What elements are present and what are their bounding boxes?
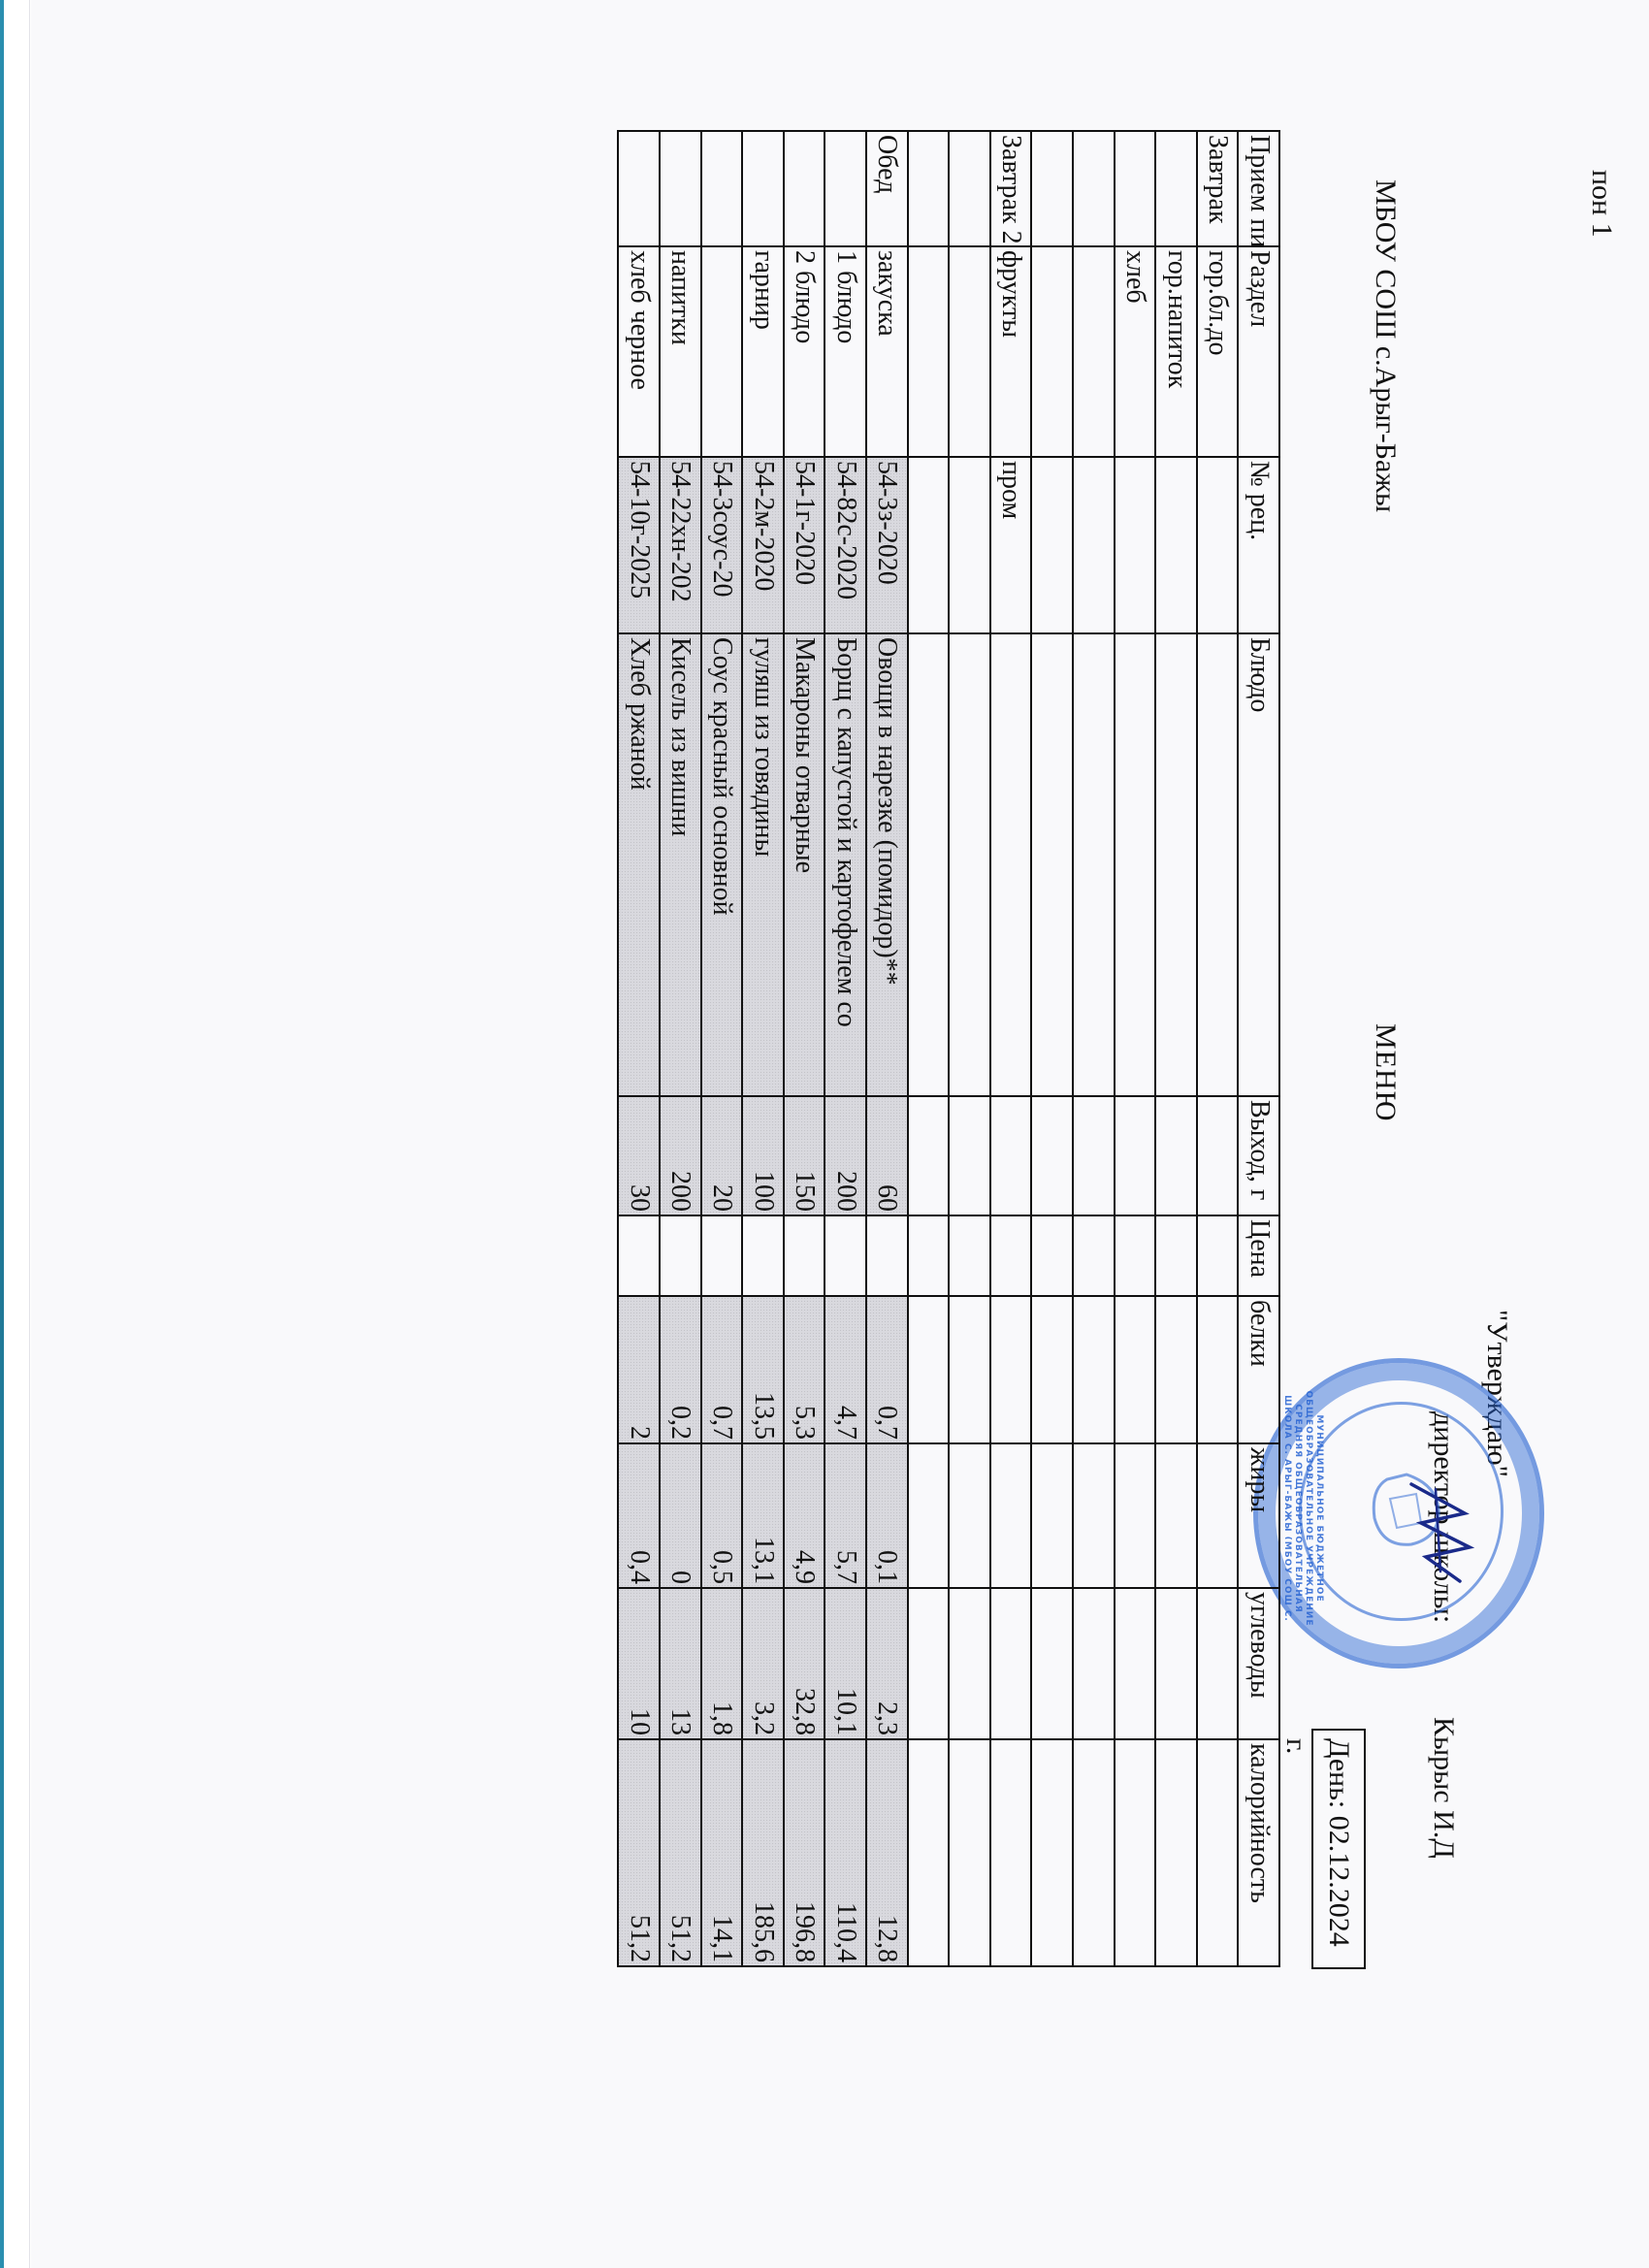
kcal-cell: [1155, 1739, 1197, 1966]
meal-cell: [908, 131, 950, 246]
meal-cell: [784, 131, 825, 246]
price-cell: [1031, 1215, 1073, 1296]
meal-cell: [660, 131, 701, 246]
header-kcal: калорийность: [1238, 1739, 1279, 1966]
meal-cell: [742, 131, 784, 246]
section-cell: [701, 246, 743, 457]
price-cell: [824, 1215, 866, 1296]
kcal-cell: 196,8: [784, 1739, 825, 1966]
header-carbs: углеводы: [1238, 1588, 1279, 1739]
header-meal: Прием пи: [1238, 131, 1279, 246]
section-cell: напитки: [660, 246, 701, 457]
kcal-cell: [1115, 1739, 1156, 1966]
carbs-cell: 3,2: [742, 1588, 784, 1739]
carbs-cell: [949, 1588, 990, 1739]
carbs-cell: [990, 1588, 1032, 1739]
meal-cell: Завтрак: [1197, 131, 1239, 246]
fat-cell: 4,9: [784, 1443, 825, 1588]
carbs-cell: 10,1: [824, 1588, 866, 1739]
dish-cell: Соус красный основной: [701, 633, 743, 1096]
price-cell: [866, 1215, 908, 1296]
dish-cell: Макароны отварные: [784, 633, 825, 1096]
recipe-cell: [1155, 457, 1197, 633]
section-cell: хлеб черное: [619, 246, 661, 457]
protein-cell: 0,2: [660, 1296, 701, 1443]
table-row: 2 блюдо54-1г-2020Макароны отварные1505,3…: [784, 131, 825, 1966]
carbs-cell: [1115, 1588, 1156, 1739]
recipe-cell: пром: [990, 457, 1032, 633]
meal-cell: [1031, 131, 1073, 246]
yield-cell: [949, 1096, 990, 1215]
protein-cell: [1031, 1296, 1073, 1443]
table-row: напитки54-22хн-202Кисель из вишни2000,20…: [660, 131, 701, 1966]
kcal-cell: [908, 1739, 950, 1966]
dish-cell: Борщ с капустой и картофелем со: [824, 633, 866, 1096]
recipe-cell: 54-3з-2020: [866, 457, 908, 633]
kcal-cell: 51,2: [660, 1739, 701, 1966]
date-box: День: 02.12.2024 г.: [1311, 1729, 1366, 1969]
carbs-cell: 1,8: [701, 1588, 743, 1739]
yield-cell: [1115, 1096, 1156, 1215]
recipe-cell: [1031, 457, 1073, 633]
rotated-document: пон 1 МБОУ СОШ с.Арыг-Бажы МЕНЮ "Утвержд…: [0, 0, 1649, 2268]
carbs-cell: [1155, 1588, 1197, 1739]
section-cell: [1031, 246, 1073, 457]
protein-cell: 0,7: [701, 1296, 743, 1443]
kcal-cell: 12,8: [866, 1739, 908, 1966]
section-cell: гор.бл.до: [1197, 246, 1239, 457]
kcal-cell: 14,1: [701, 1739, 743, 1966]
carbs-cell: [1197, 1588, 1239, 1739]
table-row: 1 блюдо54-82с-2020Борщ с капустой и карт…: [824, 131, 866, 1966]
header-protein: белки: [1238, 1296, 1279, 1443]
header-price: Цена: [1238, 1215, 1279, 1296]
table-row: хлеб: [1115, 131, 1156, 1966]
table-row: 54-3соус-20Соус красный основной200,70,5…: [701, 131, 743, 1966]
protein-cell: 0,7: [866, 1296, 908, 1443]
meal-cell: [701, 131, 743, 246]
kcal-cell: 110,4: [824, 1739, 866, 1966]
price-cell: [742, 1215, 784, 1296]
kcal-cell: [1031, 1739, 1073, 1966]
price-cell: [1155, 1215, 1197, 1296]
table-row: гарнир54-2м-2020гуляш из говядины10013,5…: [742, 131, 784, 1966]
price-cell: [1073, 1215, 1115, 1296]
table-row: [949, 131, 990, 1966]
recipe-cell: 54-3соус-20: [701, 457, 743, 633]
yield-cell: 150: [784, 1096, 825, 1215]
fat-cell: 5,7: [824, 1443, 866, 1588]
meal-cell: [1073, 131, 1115, 246]
protein-cell: [1073, 1296, 1115, 1443]
protein-cell: [990, 1296, 1032, 1443]
section-cell: гор.напиток: [1155, 246, 1197, 457]
yield-cell: 100: [742, 1096, 784, 1215]
yield-cell: [908, 1096, 950, 1215]
yield-cell: 200: [824, 1096, 866, 1215]
header-recipe: № рец.: [1238, 457, 1279, 633]
dish-cell: [1115, 633, 1156, 1096]
recipe-cell: [1073, 457, 1115, 633]
meal-cell: [619, 131, 661, 246]
yield-cell: [990, 1096, 1032, 1215]
yield-cell: [1031, 1096, 1073, 1215]
protein-cell: [1115, 1296, 1156, 1443]
carbs-cell: 13: [660, 1588, 701, 1739]
fat-cell: [1115, 1443, 1156, 1588]
recipe-cell: 54-22хн-202: [660, 457, 701, 633]
carbs-cell: [908, 1588, 950, 1739]
section-cell: хлеб: [1115, 246, 1156, 457]
kcal-cell: 185,6: [742, 1739, 784, 1966]
price-cell: [660, 1215, 701, 1296]
price-cell: [619, 1215, 661, 1296]
price-cell: [784, 1215, 825, 1296]
recipe-cell: 54-10г-2025: [619, 457, 661, 633]
page-label: пон 1: [1585, 170, 1618, 238]
stamp-text: МУНИЦИПАЛЬНОЕ БЮДЖЕТНОЕ ОБЩЕОБРАЗОВАТЕЛЬ…: [1285, 1382, 1324, 1635]
document-title: МЕНЮ: [1369, 1023, 1402, 1122]
protein-cell: 4,7: [824, 1296, 866, 1443]
yield-cell: 20: [701, 1096, 743, 1215]
dish-cell: [1073, 633, 1115, 1096]
dish-cell: [990, 633, 1032, 1096]
header-dish: Блюдо: [1238, 633, 1279, 1096]
header-yield: Выход, г: [1238, 1096, 1279, 1215]
price-cell: [1197, 1215, 1239, 1296]
fat-cell: 0,1: [866, 1443, 908, 1588]
meal-cell: Обед: [866, 131, 908, 246]
fat-cell: [1073, 1443, 1115, 1588]
price-cell: [990, 1215, 1032, 1296]
yield-cell: [1155, 1096, 1197, 1215]
header-fat: жиры: [1238, 1443, 1279, 1588]
price-cell: [701, 1215, 743, 1296]
protein-cell: [949, 1296, 990, 1443]
yield-cell: 60: [866, 1096, 908, 1215]
kcal-cell: [1073, 1739, 1115, 1966]
dish-cell: [1197, 633, 1239, 1096]
table-row: [1073, 131, 1115, 1966]
header-section: Раздел: [1238, 246, 1279, 457]
recipe-cell: 54-1г-2020: [784, 457, 825, 633]
yield-cell: 200: [660, 1096, 701, 1215]
section-cell: гарнир: [742, 246, 784, 457]
fat-cell: [990, 1443, 1032, 1588]
section-cell: 2 блюдо: [784, 246, 825, 457]
carbs-cell: [1073, 1588, 1115, 1739]
fat-cell: [908, 1443, 950, 1588]
carbs-cell: [1031, 1588, 1073, 1739]
menu-table: Прием пи Раздел № рец. Блюдо Выход, г Це…: [618, 130, 1281, 1967]
fat-cell: [1197, 1443, 1239, 1588]
recipe-cell: [1115, 457, 1156, 633]
dish-cell: [949, 633, 990, 1096]
kcal-cell: 51,2: [619, 1739, 661, 1966]
dish-cell: [1155, 633, 1197, 1096]
section-cell: фрукты: [990, 246, 1032, 457]
fat-cell: 0,5: [701, 1443, 743, 1588]
fat-cell: [1155, 1443, 1197, 1588]
section-cell: закуска: [866, 246, 908, 457]
director-name: Кырыс И.Д: [1427, 1717, 1460, 1859]
protein-cell: 5,3: [784, 1296, 825, 1443]
protein-cell: [1155, 1296, 1197, 1443]
table-header-row: Прием пи Раздел № рец. Блюдо Выход, г Це…: [1238, 131, 1279, 1966]
carbs-cell: 2,3: [866, 1588, 908, 1739]
protein-cell: 2: [619, 1296, 661, 1443]
kcal-cell: [1197, 1739, 1239, 1966]
carbs-cell: 10: [619, 1588, 661, 1739]
fat-cell: 0: [660, 1443, 701, 1588]
fat-cell: 0,4: [619, 1443, 661, 1588]
fat-cell: [949, 1443, 990, 1588]
meal-cell: [949, 131, 990, 246]
kcal-cell: [949, 1739, 990, 1966]
fat-cell: 13,1: [742, 1443, 784, 1588]
dish-cell: Хлеб ржаной: [619, 633, 661, 1096]
section-cell: 1 блюдо: [824, 246, 866, 457]
dish-cell: Овощи в нарезке (помидор)**: [866, 633, 908, 1096]
director-signature: [1392, 1474, 1479, 1591]
fat-cell: [1031, 1443, 1073, 1588]
protein-cell: [908, 1296, 950, 1443]
price-cell: [949, 1215, 990, 1296]
carbs-cell: 32,8: [784, 1588, 825, 1739]
dish-cell: [908, 633, 950, 1096]
section-cell: [1073, 246, 1115, 457]
recipe-cell: 54-82с-2020: [824, 457, 866, 633]
dish-cell: [1031, 633, 1073, 1096]
meal-cell: Завтрак 2: [990, 131, 1032, 246]
dish-cell: Кисель из вишни: [660, 633, 701, 1096]
yield-cell: [1073, 1096, 1115, 1215]
yield-cell: 30: [619, 1096, 661, 1215]
school-name: МБОУ СОШ с.Арыг-Бажы: [1369, 179, 1402, 512]
price-cell: [1115, 1215, 1156, 1296]
protein-cell: 13,5: [742, 1296, 784, 1443]
kcal-cell: [990, 1739, 1032, 1966]
protein-cell: [1197, 1296, 1239, 1443]
recipe-cell: [908, 457, 950, 633]
table-row: [908, 131, 950, 1966]
meal-cell: [1115, 131, 1156, 246]
table-row: хлеб черное54-10г-2025Хлеб ржаной3020,41…: [619, 131, 661, 1966]
yield-cell: [1197, 1096, 1239, 1215]
table-row: [1031, 131, 1073, 1966]
table-row: гор.напиток: [1155, 131, 1197, 1966]
table-row: Обедзакуска54-3з-2020Овощи в нарезке (по…: [866, 131, 908, 1966]
section-cell: [949, 246, 990, 457]
price-cell: [908, 1215, 950, 1296]
meal-cell: [824, 131, 866, 246]
dish-cell: гуляш из говядины: [742, 633, 784, 1096]
meal-cell: [1155, 131, 1197, 246]
table-row: Завтрак 2фруктыпром: [990, 131, 1032, 1966]
recipe-cell: [949, 457, 990, 633]
recipe-cell: [1197, 457, 1239, 633]
section-cell: [908, 246, 950, 457]
recipe-cell: 54-2м-2020: [742, 457, 784, 633]
table-row: Завтракгор.бл.до: [1197, 131, 1239, 1966]
